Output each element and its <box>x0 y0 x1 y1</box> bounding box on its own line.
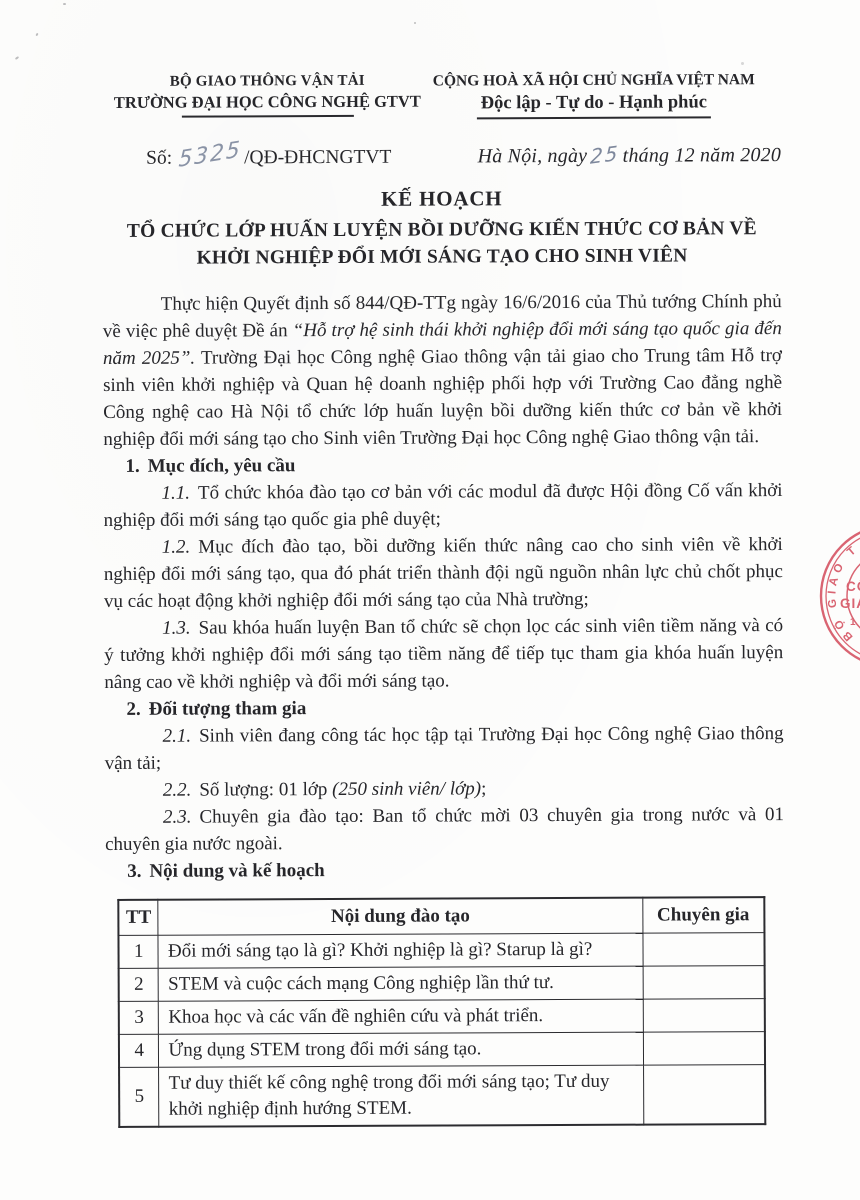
col-header-content: Nội dung đào tạo <box>158 898 642 936</box>
clause-2-2: 2.2.Số lượng: 01 lớp (250 sinh viên/ lớp… <box>105 774 784 804</box>
section-1-title: Mục đích, yêu cầu <box>148 455 296 477</box>
row-content: Khoa học và các vấn đề nghiên cứu và phá… <box>159 999 643 1034</box>
clause-text: Sinh viên đang công tác học tập tại Trườ… <box>105 723 784 774</box>
row-expert <box>643 966 765 1000</box>
date-prefix: Hà Nội, ngày <box>478 145 588 167</box>
title-line-3: KHỞI NGHIỆP ĐỔI MỚI SÁNG TẠO CHO SINH VI… <box>102 242 781 272</box>
clause-2-1: 2.1.Sinh viên đang công tác học tập tại … <box>105 720 784 777</box>
table-row: 1 Đổi mới sáng tạo là gì? Khởi nghiệp là… <box>118 933 764 969</box>
table-row: 2 STEM và cuộc cách mạng Công nghiệp lần… <box>119 966 765 1002</box>
clause-number: 1.2. <box>162 537 191 558</box>
clause-text: Chuyên gia đào tạo: Ban tổ chức mời 03 c… <box>105 804 784 855</box>
row-number: 3 <box>119 1001 159 1034</box>
official-red-stamp: BỘ GIAO T CÔ GIA 1 <box>818 522 860 672</box>
place-date-line: Hà Nội, ngày25tháng 12 năm 2020 <box>478 142 782 168</box>
section-2-title: Đối tượng tham gia <box>149 698 307 720</box>
row-expert <box>643 999 765 1033</box>
intro-paragraph: Thực hiện Quyết định số 844/QĐ-TTg ngày … <box>103 288 783 453</box>
row-content: Tư duy thiết kế công nghệ trong đổi mới … <box>159 1065 643 1127</box>
row-content: Đổi mới sáng tạo là gì? Khởi nghiệp là g… <box>158 933 642 968</box>
training-plan-table: TT Nội dung đào tạo Chuyên gia 1 Đổi mới… <box>117 896 766 1128</box>
clause-text: Mục đích đào tạo, bồi dưỡng kiến thức nâ… <box>104 534 783 612</box>
ministry-name: BỘ GIAO THÔNG VẬN TẢI <box>102 73 433 91</box>
motto-underline <box>477 116 711 119</box>
clause-number: 2.2. <box>163 780 192 801</box>
clause-text: Tổ chức khóa đào tạo cơ bản với các modu… <box>104 480 783 531</box>
section-1-number: 1. <box>125 456 139 477</box>
title-line-1: KẾ HOẠCH <box>102 185 781 213</box>
row-number: 4 <box>119 1034 159 1067</box>
row-number: 2 <box>119 968 159 1001</box>
clause-number: 1.1. <box>161 483 190 504</box>
row-expert <box>643 1032 765 1066</box>
row-expert <box>643 933 765 967</box>
table-header-row: TT Nội dung đào tạo Chuyên gia <box>118 897 764 935</box>
clause-text: Số lượng: 01 lớp <box>199 779 327 801</box>
issuing-authority-block: BỘ GIAO THÔNG VẬN TẢI TRƯỜNG ĐẠI HỌC CÔN… <box>102 73 433 121</box>
title-line-2: TỔ CHỨC LỚP HUẤN LUYỆN BỒI DƯỠNG KIẾN TH… <box>102 215 781 245</box>
table-row: 3 Khoa học và các vấn đề nghiên cứu và p… <box>119 999 765 1035</box>
clause-1-1: 1.1.Tổ chức khóa đào tạo cơ bản với các … <box>103 477 782 534</box>
table-row: 4 Ứng dụng STEM trong đổi mới sáng tạo. <box>119 1032 765 1068</box>
clause-text: Sau khóa huấn luyện Ban tổ chức sẽ chọn … <box>104 615 783 693</box>
col-header-tt: TT <box>118 900 158 936</box>
section-3-title: Nội dung và kế hoạch <box>149 860 324 882</box>
stamp-center-line-2: GIA <box>840 596 860 611</box>
university-name: TRƯỜNG ĐẠI HỌC CÔNG NGHỆ GTVT <box>102 92 433 113</box>
clause-text-italic: (250 sinh viên/ lớp) <box>332 778 481 800</box>
section-3-number: 3. <box>127 861 141 882</box>
doc-number-suffix: /QĐ-ĐHCNGTVT <box>244 147 391 169</box>
doc-meta-row: Số:5325/QĐ-ĐHCNGTVT Hà Nội, ngày25tháng … <box>102 142 781 170</box>
col-header-expert: Chuyên gia <box>642 897 764 933</box>
header-underline <box>181 115 353 118</box>
row-number: 1 <box>118 935 158 968</box>
doc-number-label: Số: <box>146 148 172 169</box>
section-2-number: 2. <box>126 699 140 720</box>
section-1-heading: 1.Mục đích, yêu cầu <box>103 450 782 480</box>
scanned-document-page: BỘ GIAO THÔNG VẬN TẢI TRƯỜNG ĐẠI HỌC CÔN… <box>0 0 860 1200</box>
national-title: CỘNG HOÀ XÃ HỘI CHỦ NGHĨA VIỆT NAM <box>433 71 755 90</box>
clause-number: 1.3. <box>162 618 191 639</box>
row-expert <box>643 1065 765 1125</box>
stamp-center-line-3: 1 <box>850 617 856 628</box>
document-content: BỘ GIAO THÔNG VẬN TẢI TRƯỜNG ĐẠI HỌC CÔN… <box>0 0 860 1128</box>
section-2-heading: 2.Đối tượng tham gia <box>104 693 783 723</box>
date-suffix: tháng 12 năm 2020 <box>623 144 782 167</box>
table-row: 5 Tư duy thiết kế công nghệ trong đổi mớ… <box>119 1065 765 1127</box>
national-motto: Độc lập - Tự do - Hạnh phúc <box>433 92 755 114</box>
intro-part-3: Trường Đại học Công nghệ Giao thông vận … <box>103 345 782 450</box>
document-title: KẾ HOẠCH TỔ CHỨC LỚP HUẤN LUYỆN BỒI DƯỠN… <box>102 185 781 272</box>
clause-text: ; <box>481 778 486 799</box>
row-content: STEM và cuộc cách mạng Công nghiệp lần t… <box>159 966 643 1001</box>
row-number: 5 <box>119 1067 159 1127</box>
clause-number: 2.1. <box>163 726 192 747</box>
doc-number-handwritten: 5325 <box>178 137 242 173</box>
stamp-center-line-1: CÔ <box>846 579 860 594</box>
row-content: Ứng dụng STEM trong đổi mới sáng tạo. <box>159 1032 643 1067</box>
date-day-handwritten: 25 <box>590 141 620 169</box>
section-3-heading: 3.Nội dung và kế hoạch <box>105 855 784 885</box>
document-header: BỘ GIAO THÔNG VẬN TẢI TRƯỜNG ĐẠI HỌC CÔN… <box>102 71 781 121</box>
clause-2-3: 2.3.Chuyên gia đào tạo: Ban tổ chức mời … <box>105 801 784 858</box>
clause-1-2: 1.2.Mục đích đào tạo, bồi dưỡng kiến thứ… <box>104 531 783 615</box>
clause-1-3: 1.3.Sau khóa huấn luyện Ban tổ chức sẽ c… <box>104 612 783 696</box>
doc-number: Số:5325/QĐ-ĐHCNGTVT <box>146 144 391 170</box>
national-motto-block: CỘNG HOÀ XÃ HỘI CHỦ NGHĨA VIỆT NAM Độc l… <box>433 71 781 120</box>
clause-number: 2.3. <box>163 807 192 828</box>
